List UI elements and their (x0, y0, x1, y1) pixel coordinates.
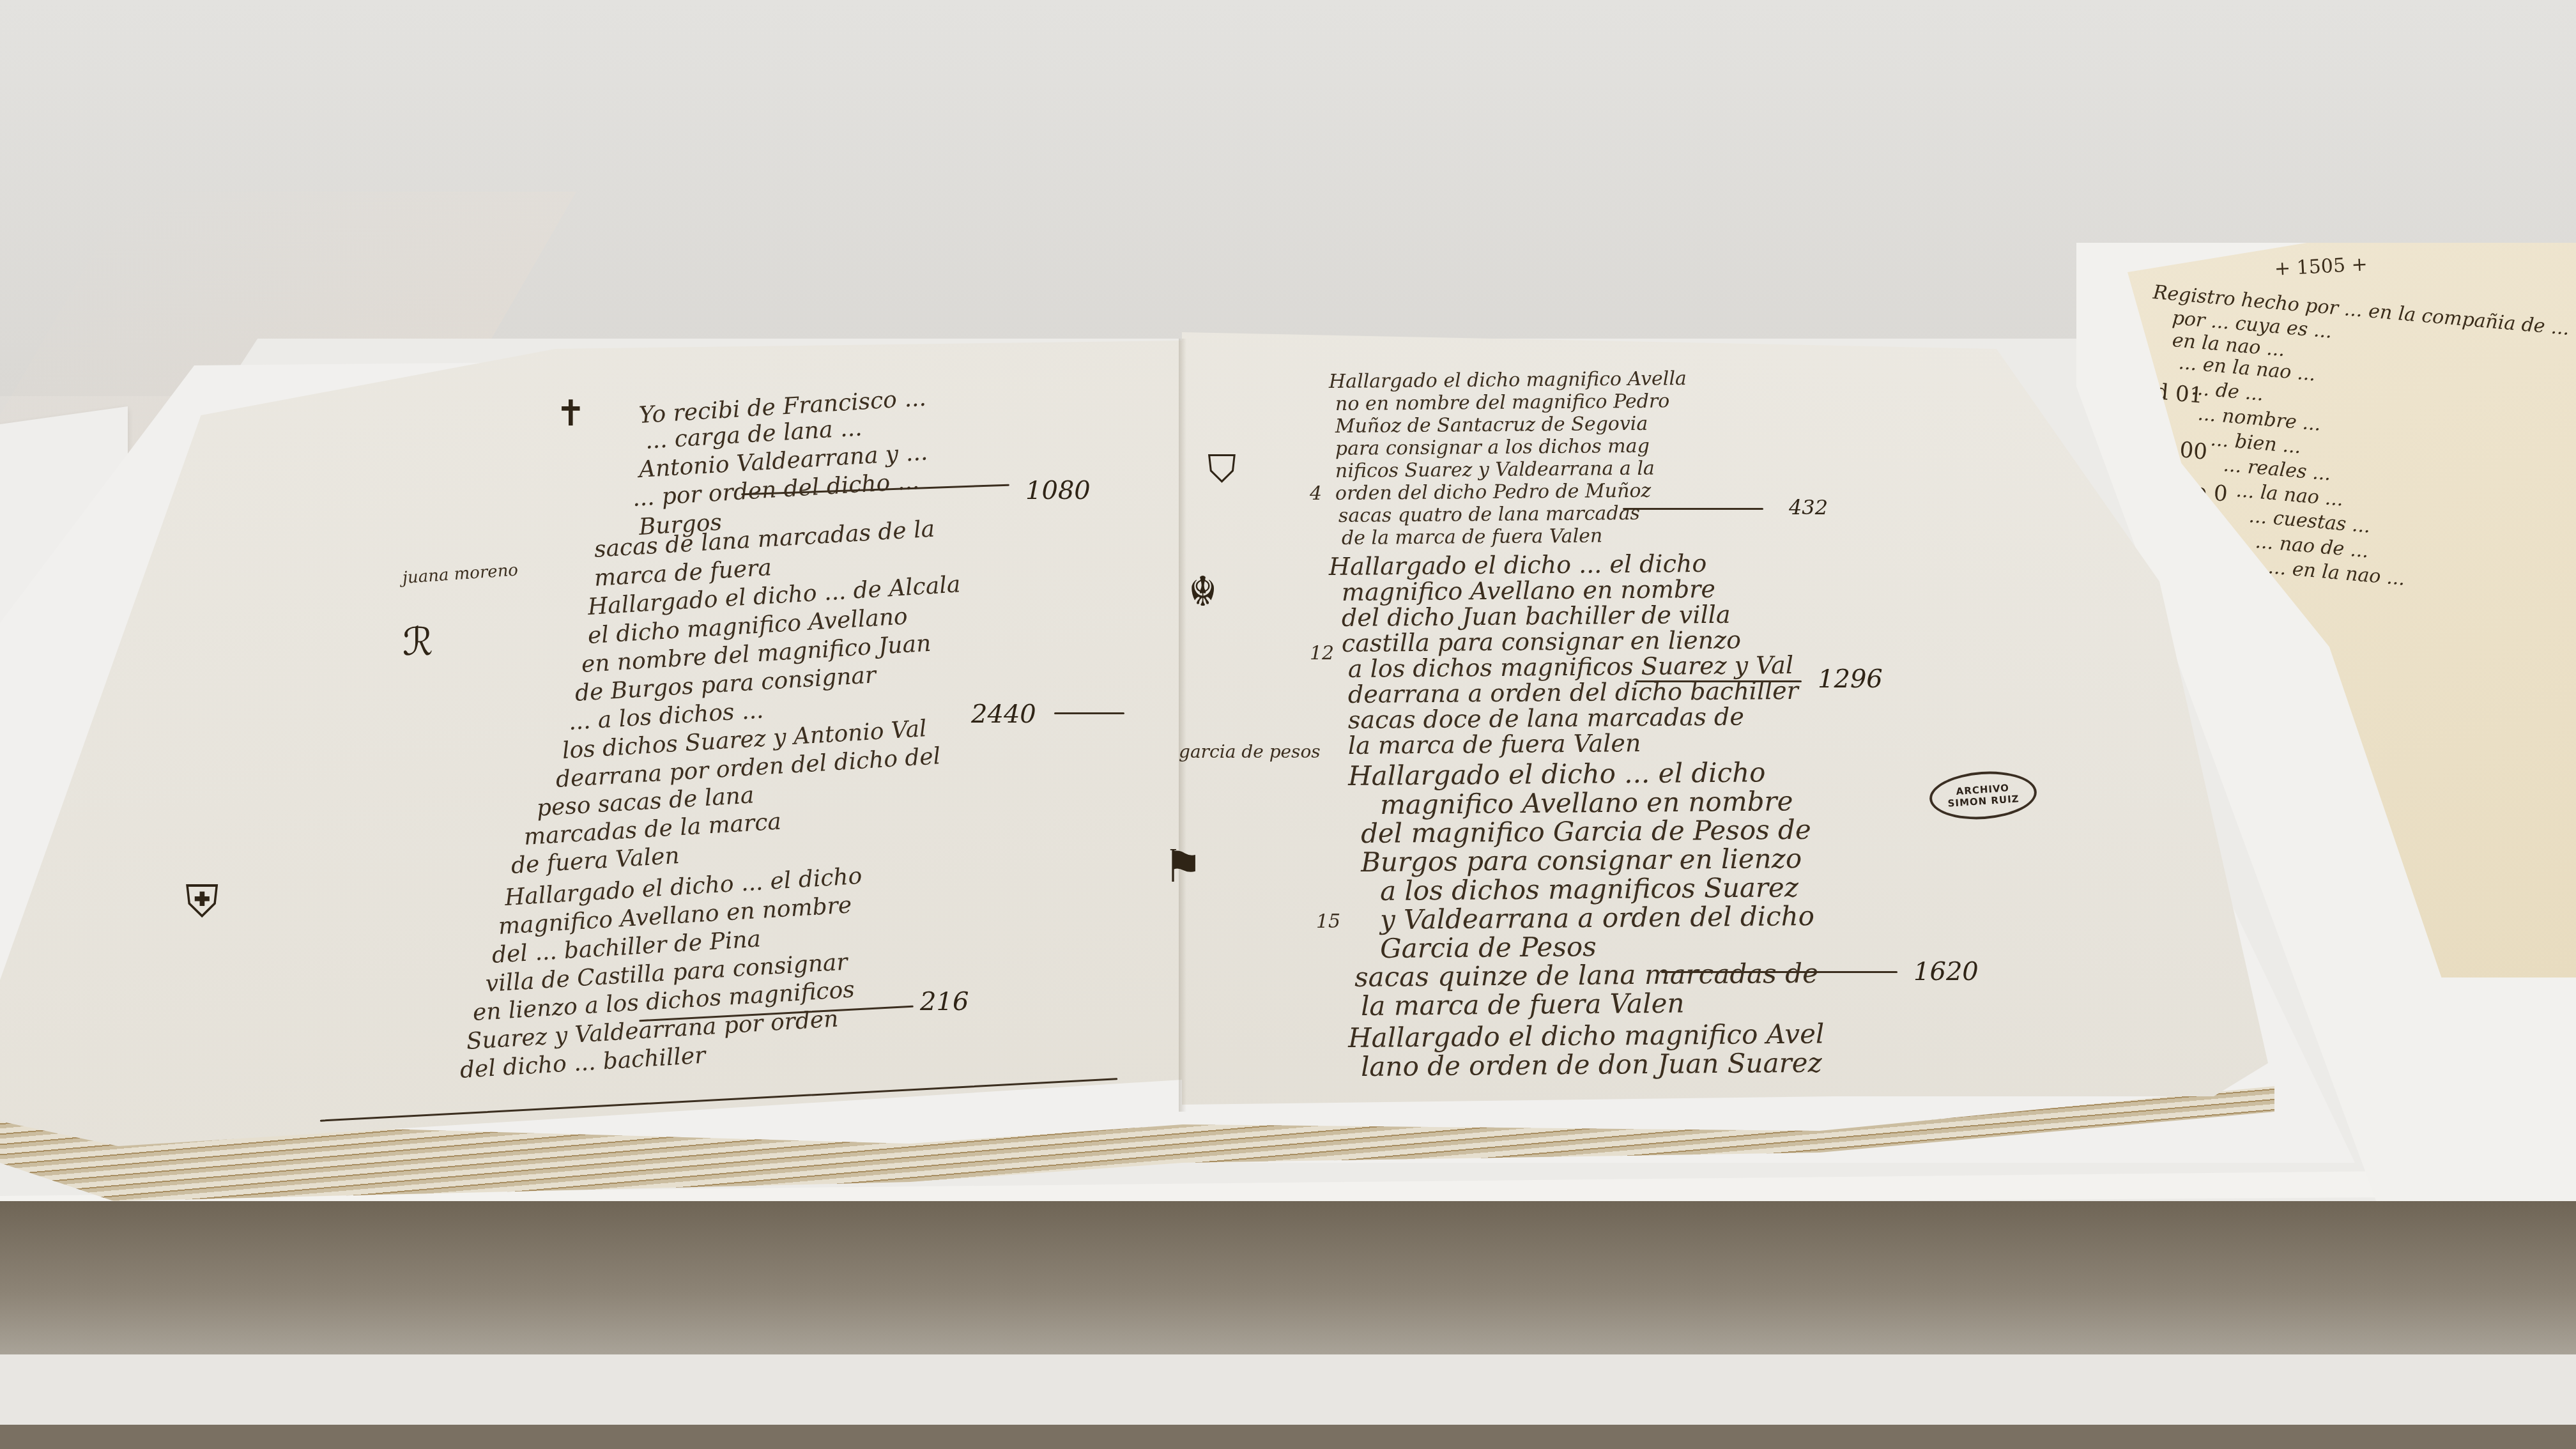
text-line: no en nombre del magnifico Pedro (1335, 390, 1670, 415)
floor-shadow (0, 1425, 2576, 1449)
margin-note: garcia de pesos (1179, 741, 1321, 762)
text-line: lano de orden de don Juan Suarez (1361, 1047, 1822, 1082)
text-line: Hallargado el dicho magnifico Avella (1329, 367, 1687, 393)
text-line: para consignar a los dichos mag (1335, 435, 1650, 460)
text-line: nificos Suarez y Valdearrana a la (1335, 457, 1655, 482)
margin-numeral: 15 (1316, 910, 1340, 933)
ruled-line (1636, 680, 1802, 682)
text-line: y Valdearrana a orden del dicho (1380, 900, 1814, 935)
doc-line: ... en la nao ... (2267, 556, 2405, 590)
amount-value: 2440 (971, 700, 1036, 729)
ruled-line (1661, 971, 1897, 973)
text-line: orden del dicho Pedro de Muñoz (1335, 480, 1652, 505)
flag-merchant-mark-icon: ⚑ (1163, 840, 1203, 893)
text-line: la marca de fuera Valen (1361, 988, 1685, 1022)
text-line: sacas quinze de lana marcadas de (1354, 958, 1818, 993)
cross-merchant-mark-icon: ✝ (556, 393, 586, 434)
shield-merchant-mark-icon: ⛨ (185, 875, 219, 928)
shield-merchant-mark-icon: ⛉ (1207, 447, 1236, 492)
margin-numeral: 12 (1310, 642, 1334, 664)
text-line: sacas quatro de lana marcadas (1338, 502, 1640, 527)
text-line: de la marca de fuera Valen (1342, 525, 1603, 549)
amount-value: 432 (1789, 495, 1828, 519)
book-gutter (1179, 339, 1186, 1112)
ruled-line (1623, 508, 1763, 510)
text-line: Muñoz de Santacruz de Segovia (1335, 413, 1648, 438)
text-line: la marca de fuera Valen (1348, 729, 1641, 760)
merchant-mark-ar-icon: ℛ (402, 620, 433, 664)
margin-numeral: 4 (1310, 482, 1322, 505)
amount-value: 1080 (1025, 476, 1091, 505)
amount-value: 1296 (1818, 664, 1883, 694)
ruled-line (1054, 712, 1124, 714)
document-heading: + 1505 + (2274, 253, 2368, 280)
amount-value: 216 (920, 987, 969, 1016)
double-eagle-mark-icon: ☬ (1188, 569, 1217, 616)
open-ledger: ✝ juana moreno ℛ ⛨ Yo recibi de Francisc… (0, 332, 2274, 1176)
lower-shelf (0, 1354, 2576, 1425)
amount-value: 1620 (1913, 957, 1979, 986)
tray-front-shadow (0, 1201, 2576, 1354)
